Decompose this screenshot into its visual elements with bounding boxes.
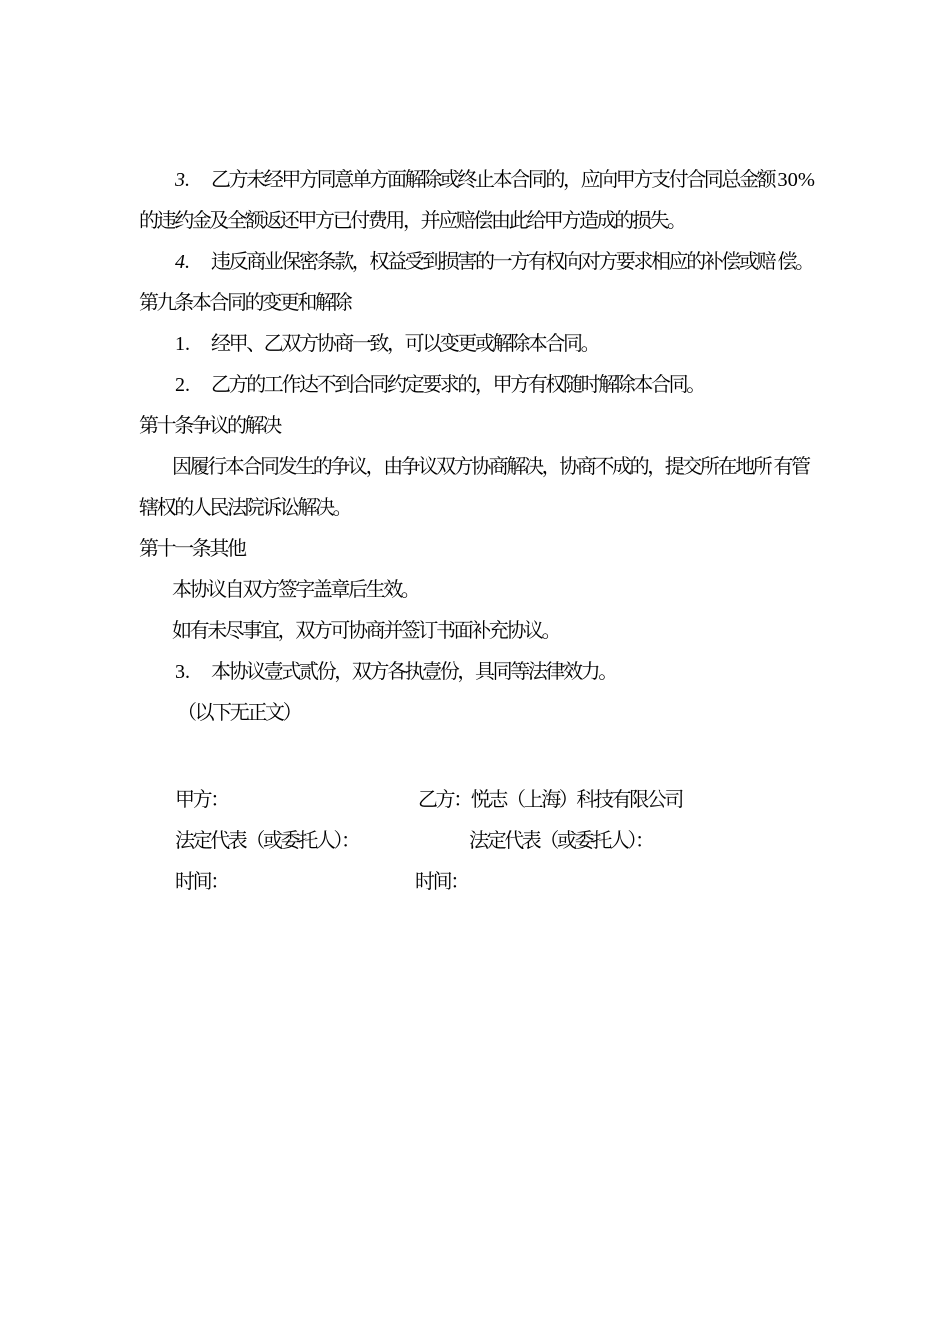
paragraph-text: 辖权的人民法院诉讼解决。 bbox=[139, 497, 350, 519]
para-supplementary-agreement: 如有未尽事宜，双方可协商并签订书面补充协议。 bbox=[139, 611, 859, 652]
paragraph-text: （以下无正文） bbox=[177, 702, 300, 724]
clause-line-penalty-continuation: 的违约金及全额返还甲方已付费用，并应赔偿由此给甲方造成的损失。 bbox=[139, 201, 859, 242]
para-dispute-resolution-line1: 因履行本合同发生的争议，由争议双方协商解决，协商不成的，提交所在地所 有管 bbox=[139, 447, 859, 488]
clause-text: 乙方的工作达不到合同约定要求的，甲方有权随时解除本合同。 bbox=[211, 374, 704, 396]
heading-article-10: 第十条争议的解决 bbox=[139, 406, 859, 447]
contract-document-page: 3.乙方未经甲方同意单方面解除或终止本合同的，应向甲方支付合同总金额 30% 的… bbox=[0, 0, 950, 1344]
paragraph-text: 如有未尽事宜，双方可协商并签订书面补充协议。 bbox=[172, 620, 559, 642]
clause-text: 乙方未经甲方同意单方面解除或终止本合同的，应向甲方支付合同总金额 bbox=[211, 169, 777, 191]
party-a-date-label: 时间： bbox=[175, 871, 228, 893]
para-dispute-resolution-line2: 辖权的人民法院诉讼解决。 bbox=[139, 488, 859, 529]
signature-block-spacer bbox=[139, 734, 859, 780]
list-number: 3. bbox=[175, 652, 211, 693]
list-number: 3. bbox=[175, 160, 211, 201]
clause-line-termination-penalty: 3.乙方未经甲方同意单方面解除或终止本合同的，应向甲方支付合同总金额 30% bbox=[139, 160, 859, 201]
clause-line-mutual-consent: 1.经甲、乙双方协商一致，可以变更或解除本合同。 bbox=[139, 324, 859, 365]
para-no-further-text: （以下无正文） bbox=[139, 693, 859, 734]
party-a-representative-label: 法定代表（或委托人）： bbox=[175, 830, 359, 852]
heading-article-11: 第十一条其他 bbox=[139, 529, 859, 570]
list-number: 2. bbox=[175, 365, 211, 406]
signature-row-parties: 甲方：乙方：悦志（上海）科技有限公司 bbox=[139, 780, 859, 821]
clause-text: 的违约金及全额返还甲方已付费用，并应赔偿由此给甲方造成的损失。 bbox=[139, 210, 685, 232]
para-effective-on-signature: 本协议自双方签字盖章后生效。 bbox=[139, 570, 859, 611]
clause-line-work-standard: 2.乙方的工作达不到合同约定要求的，甲方有权随时解除本合同。 bbox=[139, 365, 859, 406]
heading-text: 第十一条其他 bbox=[139, 538, 245, 560]
clause-line-confidentiality-breach: 4.违反商业保密条款，权益受到损害的一方有权向对方要求相应的补偿或赔 偿。 bbox=[139, 242, 859, 283]
heading-text: 第十条争议的解决 bbox=[139, 415, 280, 437]
list-number: 1. bbox=[175, 324, 211, 365]
clause-text: 本协议壹式贰份，双方各执壹份，具同等法律效力。 bbox=[211, 661, 616, 683]
party-b-representative-label: 法定代表（或委托人）： bbox=[469, 821, 653, 862]
clause-text: 经甲、乙双方协商一致，可以变更或解除本合同。 bbox=[211, 333, 598, 355]
clause-text: 违反商业保密条款，权益受到损害的一方有权向对方要求相应的补偿或赔 偿。 bbox=[211, 251, 813, 273]
paragraph-text: 因履行本合同发生的争议，由争议双方协商解决，协商不成的，提交所在地所 有管 bbox=[172, 456, 809, 478]
party-b-label: 乙方：悦志（上海）科技有限公司 bbox=[418, 780, 682, 821]
party-b-date-label: 时间： bbox=[415, 862, 468, 903]
percentage-value: 30% bbox=[777, 169, 815, 191]
signature-row-representatives: 法定代表（或委托人）：法定代表（或委托人）： bbox=[139, 821, 859, 862]
heading-text: 第九条本合同的变更和解除 bbox=[139, 292, 350, 314]
list-number: 4. bbox=[175, 242, 211, 283]
signature-row-dates: 时间：时间： bbox=[139, 862, 859, 903]
contract-body: 3.乙方未经甲方同意单方面解除或终止本合同的，应向甲方支付合同总金额 30% 的… bbox=[139, 160, 859, 903]
heading-article-9: 第九条本合同的变更和解除 bbox=[139, 283, 859, 324]
party-a-label: 甲方： bbox=[175, 789, 228, 811]
clause-line-duplicate-copies: 3.本协议壹式贰份，双方各执壹份，具同等法律效力。 bbox=[139, 652, 859, 693]
paragraph-text: 本协议自双方签字盖章后生效。 bbox=[172, 579, 418, 601]
